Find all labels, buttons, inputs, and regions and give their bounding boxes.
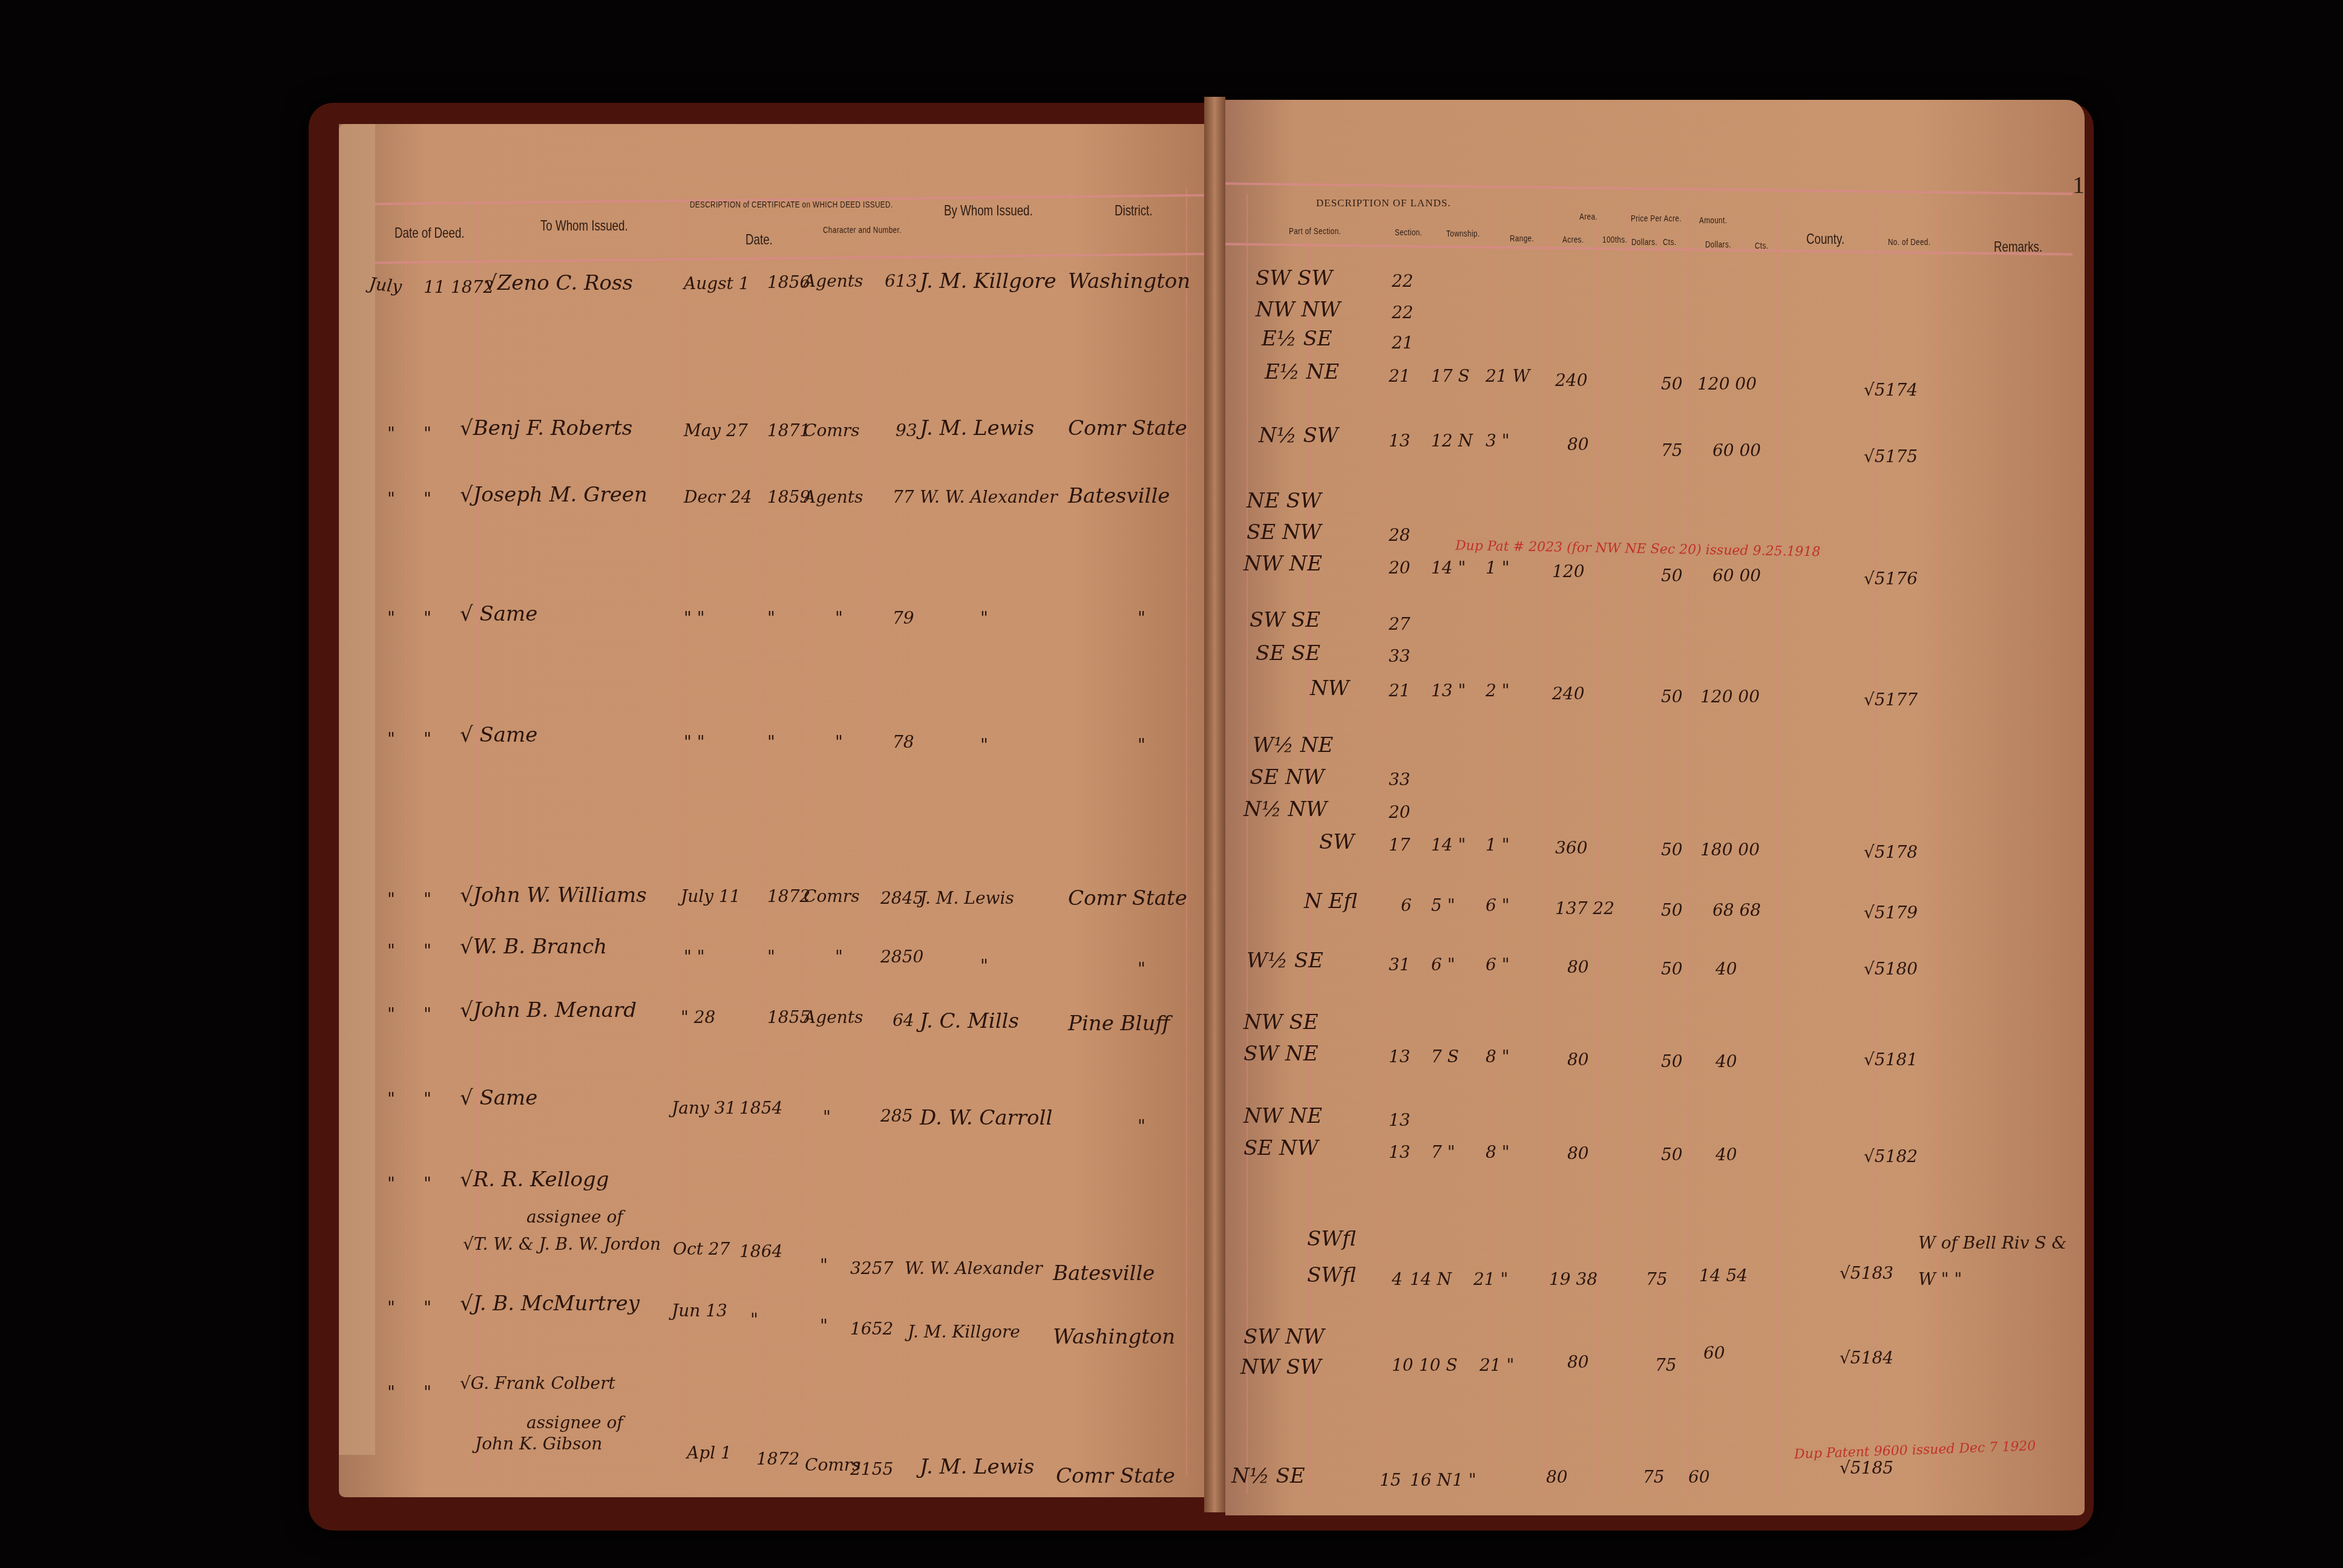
acres: 240 — [1552, 684, 1584, 704]
township: 13 " — [1431, 681, 1466, 701]
acres: 360 — [1555, 838, 1587, 858]
part-of-section: NE SW — [1247, 489, 1322, 513]
deed-number: √5176 — [1864, 569, 1918, 589]
col-line — [1546, 200, 1547, 1494]
cert-year: " — [767, 732, 775, 752]
ditto: " — [387, 489, 395, 509]
ditto: " — [424, 889, 431, 909]
deed-number: √5183 — [1840, 1263, 1893, 1283]
cert-number: 1652 — [850, 1319, 893, 1339]
cert-character: Comrs — [804, 886, 860, 906]
deed-number: √5181 — [1864, 1050, 1918, 1070]
header-remarks: Remarks. — [1994, 239, 2042, 256]
price: 50 — [1661, 687, 1683, 707]
price: 75 — [1646, 1269, 1668, 1289]
district: Pine Bluff — [1068, 1011, 1170, 1036]
cert-character: " — [835, 732, 843, 752]
part-of-section: E½ NE — [1265, 360, 1339, 384]
cert-number: 2850 — [880, 947, 923, 967]
acres: 137 22 — [1555, 898, 1614, 918]
issuer: " — [980, 608, 988, 628]
amount: 14 54 — [1699, 1266, 1748, 1285]
amount: 60 00 — [1712, 566, 1761, 586]
header-amount-group: Amount. — [1699, 215, 1727, 226]
issuer: W. W. Alexander — [905, 1258, 1043, 1278]
grantee-name: √Zeno C. Ross — [484, 271, 633, 295]
col-line — [1186, 188, 1187, 1476]
township: 14 " — [1431, 558, 1466, 578]
part-of-section: NW SW — [1240, 1355, 1322, 1379]
cert-character: " — [835, 608, 843, 628]
deed-number: √5174 — [1864, 380, 1918, 400]
col-line — [1776, 206, 1777, 1494]
header-certificate-group: DESCRIPTION of CERTIFICATE on WHICH DEED… — [690, 200, 893, 210]
grantee-name: √ Same — [460, 602, 537, 626]
part-of-section: SW SE — [1250, 608, 1320, 632]
cert-date: July 11 — [681, 886, 741, 906]
section: 10 — [1392, 1355, 1414, 1375]
acres: 80 — [1546, 1467, 1568, 1487]
cert-number: 285 — [880, 1106, 913, 1126]
section: 13 — [1389, 431, 1411, 451]
range: 8 " — [1486, 1142, 1510, 1162]
deed-number: √5184 — [1840, 1348, 1893, 1368]
section: 31 — [1389, 955, 1411, 975]
acres: 80 — [1567, 434, 1589, 454]
section: 33 — [1389, 769, 1411, 789]
col-line — [917, 188, 918, 1476]
district: " — [1138, 608, 1145, 628]
part-of-section: W½ NE — [1253, 733, 1333, 757]
township: 5 " — [1431, 895, 1455, 915]
col-line — [762, 242, 764, 1476]
issuer: J. C. Mills — [920, 1009, 1019, 1033]
col-line — [1628, 206, 1629, 1494]
ditto: " — [424, 1004, 431, 1024]
grantee-name: √W. B. Branch — [460, 935, 607, 959]
cert-year: " — [767, 608, 775, 628]
cert-character: Agents — [804, 271, 863, 291]
cert-year: 1854 — [739, 1098, 782, 1118]
part-of-section: N½ NW — [1244, 797, 1327, 822]
acres: 80 — [1567, 1352, 1589, 1372]
section: 22 — [1392, 302, 1414, 322]
amount: 60 — [1688, 1467, 1710, 1487]
deed-number: √5175 — [1864, 446, 1918, 466]
ditto: " — [424, 1298, 431, 1318]
part-of-section: SE NW — [1250, 765, 1325, 789]
grantee-name: √R. R. Kellogg — [460, 1168, 609, 1192]
acres: 80 — [1567, 1143, 1589, 1163]
header-county: County. — [1806, 231, 1844, 248]
ditto: " — [424, 423, 431, 443]
cert-date: Oct 27 — [673, 1239, 730, 1259]
cert-date: Jun 13 — [672, 1301, 727, 1321]
cert-number: 77 — [893, 487, 914, 507]
header-date-of-deed: Date of Deed. — [395, 225, 465, 242]
page-number: 1 — [2073, 171, 2085, 199]
ditto: " — [387, 1298, 395, 1318]
cert-date: Apl 1 — [687, 1443, 732, 1463]
ditto: " — [387, 423, 395, 443]
ditto: " — [424, 1382, 431, 1402]
cert-character: Agents — [804, 1007, 863, 1027]
col-line — [801, 230, 802, 1476]
range: 21 W — [1486, 366, 1530, 386]
section: 20 — [1389, 558, 1411, 578]
part-of-section: NW NE — [1244, 1104, 1322, 1128]
col-line — [1383, 194, 1384, 1494]
issuer: D. W. Carroll — [920, 1106, 1052, 1130]
header-cert-date: Date. — [745, 232, 773, 249]
grantee-name: √J. B. McMurtrey — [460, 1292, 640, 1316]
cert-date: " " — [684, 947, 705, 967]
header-district: District. — [1115, 203, 1152, 220]
assignor-name: √T. W. & J. B. W. Jordon — [463, 1234, 661, 1254]
part-of-section: SWfl — [1307, 1263, 1356, 1287]
range: 1 " — [1486, 558, 1510, 578]
col-line — [405, 200, 407, 1470]
township: 16 N — [1410, 1470, 1452, 1490]
cert-number: 613 — [885, 271, 917, 291]
section: 22 — [1392, 271, 1414, 291]
cert-number: 3257 — [850, 1258, 893, 1278]
district: Comr State — [1068, 416, 1187, 440]
range: 1 " — [1486, 835, 1510, 855]
ditto: " — [387, 889, 395, 909]
amount: 68 68 — [1712, 900, 1761, 920]
cert-character: " — [835, 947, 843, 967]
cert-number: 2155 — [850, 1459, 893, 1479]
part-of-section: SE NW — [1247, 520, 1322, 544]
section: 21 — [1389, 366, 1411, 386]
acres: 240 — [1555, 370, 1587, 390]
district: Comr State — [1056, 1464, 1175, 1488]
remarks: W of Bell Riv S & W " " — [1918, 1225, 2069, 1298]
ditto: " — [424, 1089, 431, 1109]
amount: 40 — [1715, 1051, 1737, 1071]
cert-date: Jany 31 — [672, 1098, 736, 1118]
issuer: J. M. Lewis — [920, 1455, 1034, 1479]
header-section: Section. — [1395, 227, 1422, 238]
cert-date: Augst 1 — [684, 273, 750, 293]
deed-number: √5178 — [1864, 842, 1918, 862]
township: 12 N — [1431, 431, 1473, 451]
district: Batesville — [1068, 484, 1170, 508]
header-lands-group: DESCRIPTION OF LANDS. — [1316, 197, 1451, 209]
deed-number: √5182 — [1864, 1146, 1918, 1166]
assignor-name: John K. Gibson — [475, 1434, 602, 1454]
cert-character: Agents — [804, 487, 863, 507]
price: 75 — [1643, 1467, 1665, 1487]
grantee-name: √ Same — [460, 723, 537, 747]
right-page — [1225, 100, 2085, 1515]
ditto: " — [424, 608, 431, 628]
part-of-section: SW SW — [1256, 266, 1332, 290]
part-of-section: SE NW — [1244, 1136, 1319, 1160]
section: 6 — [1401, 895, 1412, 915]
ditto: " — [424, 941, 431, 961]
header-price-dollars: Dollars. — [1631, 237, 1657, 247]
ditto: " — [424, 489, 431, 509]
section: 17 — [1389, 835, 1411, 855]
price: 50 — [1661, 959, 1683, 979]
ditto: " — [387, 1004, 395, 1024]
assignee-note: assignee of — [526, 1413, 623, 1432]
cert-date: May 27 — [684, 420, 748, 440]
col-line — [1597, 224, 1599, 1494]
cert-number: 64 — [893, 1010, 914, 1030]
part-of-section: E½ SE — [1262, 327, 1332, 351]
cert-date: " " — [684, 732, 705, 752]
cert-date: " " — [684, 608, 705, 628]
col-line — [1658, 230, 1659, 1494]
header-price-group: Price Per Acre. — [1631, 214, 1682, 224]
district: Washington — [1068, 269, 1190, 293]
district: Batesville — [1053, 1261, 1155, 1285]
flyleaf-edge — [339, 124, 375, 1455]
township: 7 S — [1431, 1047, 1459, 1067]
cert-year: " — [750, 1310, 758, 1330]
header-to-whom-issued: To Whom Issued. — [540, 218, 628, 235]
header-cert-character-number: Character and Number. — [823, 225, 902, 235]
section: 4 — [1392, 1269, 1403, 1289]
header-amount-dollars: Dollars. — [1705, 240, 1731, 250]
part-of-section: N½ SE — [1231, 1464, 1305, 1488]
assignee-note: assignee of — [526, 1207, 623, 1227]
ditto: " — [387, 608, 395, 628]
header-amount-cts: Cts. — [1755, 241, 1768, 251]
grantee-name: √G. Frank Colbert — [460, 1373, 615, 1393]
issuer: " — [980, 735, 988, 755]
section: 21 — [1392, 333, 1414, 353]
col-line — [1688, 206, 1689, 1494]
cert-number: 93 — [896, 420, 917, 440]
grantee-name: √John W. Williams — [460, 883, 647, 907]
price: 50 — [1661, 374, 1683, 394]
header-acres: Acres. — [1562, 235, 1584, 245]
part-of-section: SW NE — [1244, 1042, 1319, 1066]
section: 33 — [1389, 646, 1411, 666]
price: 75 — [1655, 1355, 1677, 1375]
range: 6 " — [1486, 955, 1510, 975]
grantee-name: √Joseph M. Green — [460, 483, 647, 507]
header-hundredths: 100ths. — [1602, 235, 1627, 245]
cert-number: 79 — [893, 608, 914, 628]
cert-number: 2845 — [880, 888, 923, 908]
range: 8 " — [1486, 1047, 1510, 1067]
township: 14 " — [1431, 835, 1466, 855]
amount: 40 — [1715, 1145, 1737, 1165]
cert-year: 1864 — [739, 1241, 782, 1261]
amount: 120 00 — [1700, 687, 1760, 707]
header-township: Township. — [1446, 229, 1480, 239]
township: 7 " — [1431, 1142, 1455, 1162]
acres: 120 — [1552, 561, 1584, 581]
cert-character: " — [823, 1107, 831, 1127]
cert-character: " — [820, 1316, 828, 1336]
cert-character: Comrs — [804, 420, 860, 440]
township: 14 N — [1410, 1269, 1452, 1289]
deed-number: √5180 — [1864, 959, 1918, 979]
district: " — [1138, 1116, 1145, 1136]
price: 50 — [1661, 840, 1683, 860]
part-of-section: N Efl — [1304, 889, 1357, 913]
part-of-section: SW — [1319, 830, 1354, 854]
deed-day: 11 — [424, 277, 445, 297]
issuer: J. M. Killgore — [920, 269, 1057, 293]
cert-year: 1872 — [756, 1449, 799, 1469]
issuer: J. M. Lewis — [920, 416, 1034, 440]
ditto: " — [424, 729, 431, 749]
issuer: J. M. Lewis — [920, 888, 1014, 908]
section: 21 — [1389, 681, 1411, 701]
part-of-section: SWfl — [1307, 1227, 1356, 1251]
cert-number: 78 — [893, 732, 914, 752]
part-of-section: NW NE — [1244, 552, 1322, 576]
header-area-group: Area. — [1579, 212, 1597, 222]
cert-date: " 28 — [681, 1007, 715, 1027]
amount: 180 00 — [1700, 840, 1760, 860]
col-line — [478, 200, 479, 1470]
amount: 40 — [1715, 959, 1737, 979]
col-line — [1247, 194, 1248, 1494]
amount: 120 00 — [1697, 374, 1757, 394]
col-line — [1743, 230, 1744, 1494]
range: 3 " — [1486, 431, 1510, 451]
deed-month: July — [368, 273, 402, 296]
range: 2 " — [1486, 681, 1510, 701]
district: Washington — [1053, 1325, 1175, 1349]
part-of-section: NW — [1310, 676, 1349, 701]
section: 13 — [1389, 1110, 1411, 1130]
acres: 19 38 — [1549, 1269, 1597, 1289]
book-spine — [1204, 97, 1225, 1512]
issuer: " — [980, 956, 988, 976]
part-of-section: SW NW — [1244, 1325, 1325, 1349]
acres: 80 — [1567, 957, 1589, 977]
district: " — [1138, 735, 1145, 755]
grantee-name: √John B. Menard — [460, 998, 637, 1022]
header-range: Range. — [1510, 234, 1534, 244]
ditto: " — [387, 1089, 395, 1109]
section: 13 — [1389, 1047, 1411, 1067]
part-of-section: N½ SW — [1259, 423, 1339, 448]
cert-date: Decr 24 — [684, 487, 752, 507]
range: 6 " — [1486, 895, 1510, 915]
township: 6 " — [1431, 955, 1455, 975]
part-of-section: NW NW — [1256, 298, 1340, 322]
col-line — [683, 194, 684, 1476]
ditto: " — [387, 729, 395, 749]
header-part-of-section: Part of Section. — [1289, 226, 1341, 237]
ditto: " — [387, 1174, 395, 1194]
price: 50 — [1661, 900, 1683, 920]
ditto: " — [424, 1174, 431, 1194]
township: 17 S — [1431, 366, 1470, 386]
issuer: J. M. Killgore — [908, 1322, 1020, 1342]
acres: 80 — [1567, 1050, 1589, 1070]
issuer: W. W. Alexander — [920, 487, 1058, 507]
col-line — [874, 242, 876, 1476]
section: 27 — [1389, 614, 1411, 634]
header-price-cts: Cts. — [1663, 237, 1676, 247]
amount: 60 00 — [1712, 440, 1761, 460]
header-by-whom-issued: By Whom Issued. — [944, 203, 1033, 220]
deed-number: √5177 — [1864, 690, 1918, 710]
grantee-name: √Benj F. Roberts — [460, 416, 632, 440]
district: " — [1138, 959, 1145, 979]
amount: 60 — [1703, 1343, 1725, 1363]
col-line — [1936, 206, 1938, 1494]
section: 20 — [1389, 802, 1411, 822]
part-of-section: NW SE — [1244, 1010, 1319, 1034]
section: 13 — [1389, 1142, 1411, 1162]
price: 50 — [1661, 566, 1683, 586]
part-of-section: SE SE — [1256, 641, 1320, 665]
cert-character: " — [820, 1255, 828, 1275]
district: Comr State — [1068, 886, 1187, 910]
section: 28 — [1389, 525, 1411, 545]
range: 21 " — [1473, 1269, 1508, 1289]
header-no-of-deed: No. of Deed. — [1888, 237, 1930, 247]
ditto: " — [387, 941, 395, 961]
grantee-name: √ Same — [460, 1086, 537, 1110]
deed-number: √5185 — [1840, 1458, 1893, 1478]
deed-number: √5179 — [1864, 903, 1918, 923]
cert-year: " — [767, 947, 775, 967]
section: 15 — [1380, 1470, 1401, 1490]
ditto: " — [387, 1382, 395, 1402]
range: 1 " — [1452, 1470, 1476, 1490]
price: 50 — [1661, 1145, 1683, 1165]
price: 50 — [1661, 1051, 1683, 1071]
part-of-section: W½ SE — [1247, 949, 1323, 973]
township: 10 S — [1419, 1355, 1458, 1375]
price: 75 — [1661, 440, 1683, 460]
range: 21 " — [1480, 1355, 1514, 1375]
